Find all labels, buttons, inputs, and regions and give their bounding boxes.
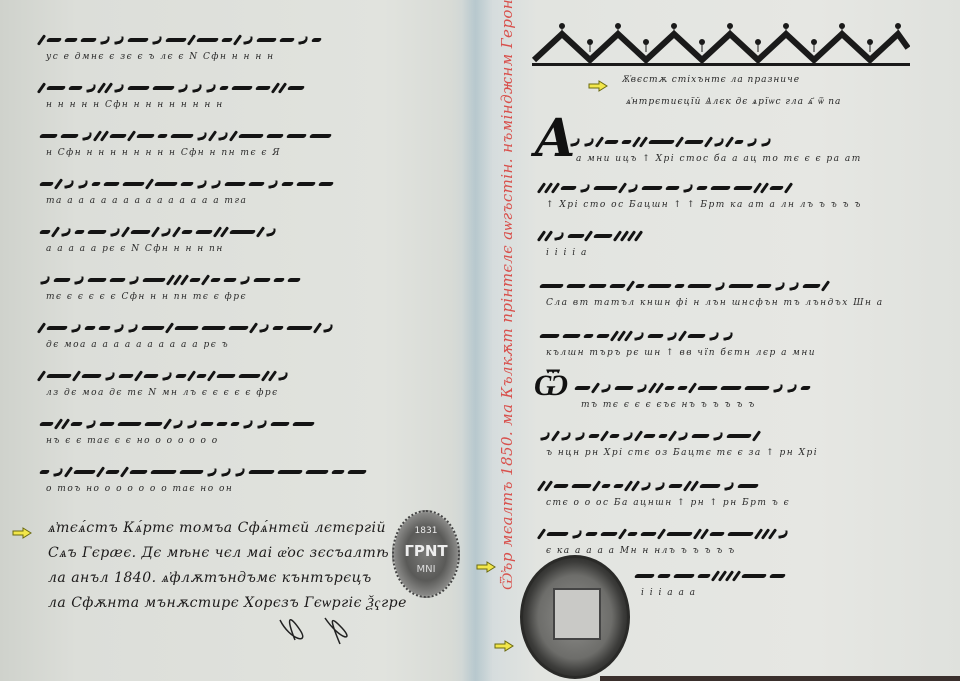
neume-glyph [675,136,684,148]
neume-glyph [228,326,249,330]
neume-glyph [172,226,181,238]
neume-glyph [145,178,154,190]
neume-glyph [85,84,96,93]
neume-glyph [566,284,586,288]
neume-glyph [154,182,178,186]
neume-glyph [72,370,81,382]
neume-glyph [242,36,253,45]
neume-glyph [220,468,231,477]
neume-glyph [309,134,332,138]
neume-glyph [103,182,120,186]
colophon-line-3: ла анъл 1840. ѧ҆флѫтъндъмє кънтърєцъ [48,570,372,587]
colophon-line-1: ѧ҆тєѧ́стъ Кѧ́ртє томъа Сфѧ́нтєй лєтєргій [48,520,386,537]
neume-glyph [658,434,668,438]
lyric-line: та а а а а а а а а а а а а а а тга [46,196,247,206]
neume-glyph [180,182,194,186]
neume-glyph [122,182,145,186]
neume-glyph [127,38,149,42]
neume-glyph [216,374,236,378]
neume-glyph [752,430,761,442]
neume-glyph [46,86,66,90]
lyric-line: а мни ицъ ↑ Хрі стос ба а ац то тє є є р… [576,154,862,164]
lyric-line: нъ є є тає є є но о о о о о о [46,436,219,446]
neume-glyph [37,322,46,334]
neume-glyph [591,382,600,394]
neume-row [540,226,640,246]
neume-glyph [287,86,305,90]
lyric-line: Сла вт татъл кншн фі н лън шнсфън тъ лън… [546,298,884,308]
neume-glyph [113,84,124,93]
neume-glyph [238,134,264,138]
neume-glyph [231,86,253,90]
neume-glyph [200,422,214,426]
neume-glyph [195,230,213,234]
neume-glyph [87,230,107,234]
neume-row [40,318,412,338]
neume-glyph [609,434,620,438]
neume-glyph [39,182,54,186]
neume-glyph [205,84,216,93]
neume-glyph [784,182,793,194]
neume-glyph [592,480,601,492]
neume-glyph [248,470,275,474]
neume-glyph [239,276,250,285]
neume-glyph [127,324,138,333]
neume-glyph [311,38,322,42]
neume-glyph [150,470,177,474]
neume-glyph [657,528,666,540]
neume-glyph [668,430,677,442]
neume-glyph [39,470,50,474]
neume-glyph [277,372,288,381]
neume-glyph [249,322,258,334]
seal-sub: MNI [394,564,458,575]
lyric-line: н н н н н Сфн н н н н н н н н [46,100,224,110]
neume-row [40,222,412,242]
neume-glyph [117,422,142,426]
neume-glyph [129,470,148,474]
neume-glyph [191,84,202,93]
neume-glyph [296,182,316,186]
neume-glyph [172,420,183,429]
neume-glyph [81,374,102,378]
neume-glyph [68,86,83,90]
neume-glyph [640,532,657,536]
neume-glyph [196,374,207,378]
neume-glyph [560,432,571,441]
neume-glyph [760,138,771,147]
lyric-line: дє моа а а а а а а а а а а рє ъ [46,340,229,350]
neume-glyph [562,334,581,338]
neume-glyph [635,284,645,288]
neume-glyph [52,468,63,477]
neume-row [40,174,412,194]
neume-glyph [777,530,788,539]
neume-glyph [109,228,120,237]
neume-glyph [256,226,265,238]
neume-glyph [63,180,74,189]
neume-glyph [666,532,693,536]
neume-glyph [37,34,46,46]
neume-glyph [720,386,742,390]
neume-glyph [643,434,656,438]
neume-glyph [91,182,101,186]
neume-glyph [105,470,120,474]
neume-glyph [682,184,693,193]
neume-glyph [723,482,734,491]
neume-glyph [769,186,784,190]
neume-glyph [684,140,704,144]
neume-glyph [709,532,725,536]
neume-glyph [39,422,54,426]
neume-glyph [265,228,276,237]
neume-glyph [233,34,242,46]
neume-glyph [647,284,672,288]
neume-glyph [234,468,245,477]
neume-glyph [788,282,799,291]
lyric-line: тъ тє є є є єъє нъ ъ ъ ъ ъ ъ [581,400,756,410]
neume-glyph [678,330,687,342]
neume-glyph [39,230,51,234]
neume-glyph [128,276,139,285]
neume-glyph [664,386,675,390]
neume-glyph [539,432,550,441]
neume-glyph [600,430,609,442]
neume-glyph [286,134,307,138]
neume-glyph [725,136,734,148]
neume-glyph [774,282,785,291]
lyric-line: ↑ Хрі сто ос Бацшн ↑ ↑ Брт ка ат а лн лъ… [546,200,862,210]
neume-glyph [186,420,197,429]
neume-glyph [53,278,71,282]
neume-glyph [657,574,671,578]
neume-row [40,366,412,386]
neume-glyph [668,484,683,488]
neume-glyph [618,182,627,194]
neume-glyph [579,184,590,193]
neume-glyph [187,370,196,382]
neume-glyph [81,132,92,141]
lyric-line: лз дє моа дє тє N мн лъ є є є є є фрє [46,388,279,398]
neume-glyph [585,532,598,536]
neume-row [40,270,412,290]
neume-glyph [37,82,46,94]
lyric-line: стє о о ос Ба ацншн ↑ рн ↑ рн Брт ъ є [546,498,790,508]
neume-glyph [181,230,193,234]
neume-glyph [633,332,644,341]
neume-row [540,276,875,296]
neume-glyph [600,384,611,393]
neume-glyph [614,386,634,390]
left-page: ус е дмнє є зє є ъ лє є N Сфн н н н нн н… [0,0,478,681]
neume-glyph [697,574,711,578]
neume-glyph [179,470,204,474]
neume-glyph [98,326,111,330]
neume-glyph [746,138,757,147]
neume-glyph [595,136,604,148]
seal-shield [553,588,601,640]
lyric-line: а а а а а рє є N Сфн н н н пн [46,244,224,254]
neume-glyph [322,324,333,333]
neume-row [570,132,900,152]
neume-glyph [99,36,110,45]
neume-row [40,414,412,434]
neume-glyph [713,138,724,147]
neume-glyph [712,432,723,441]
neume-glyph [70,422,83,426]
neume-glyph [136,134,155,138]
neume-glyph [596,334,610,338]
neume-glyph [281,182,294,186]
neume-glyph [210,278,221,282]
lyric-line: кълшн търъ рє шн ↑ вв чїп бєтн лєр а мни [546,348,816,358]
neume-glyph [688,382,697,394]
neume-glyph [267,180,278,189]
lyric-line: тє є є є є є Сфн н н пн тє є фрє [46,292,247,302]
lyric-line: ус е дмнє є зє є ъ лє є N Сфн н н н н [46,52,275,62]
neume-glyph [219,86,229,90]
neume-glyph [613,484,624,488]
neume-glyph [196,38,219,42]
neume-glyph [113,324,124,333]
neume-glyph [727,532,754,536]
neume-glyph [223,278,237,282]
neume-glyph [39,276,50,285]
heading-line-1: Ѫ҆вєстѫ стіхънтє ла празниче [622,74,800,85]
neume-row [635,566,815,586]
neume-glyph [99,422,115,426]
neume-glyph [151,226,160,238]
arrow-colophon-icon [12,527,32,539]
neume-glyph [569,138,580,147]
neume-glyph [696,186,708,190]
neume-glyph [627,532,638,536]
neume-glyph [196,132,207,141]
neume-glyph [566,234,584,238]
neume-glyph [277,470,303,474]
neume-glyph [39,134,58,138]
neume-glyph [318,182,334,186]
neume-glyph [208,130,217,142]
lyric-line: о тоъ но о о о о о о тає но он [46,484,233,494]
decorative-headpiece [532,20,910,65]
neume-glyph [54,178,63,190]
neume-row [40,126,412,146]
neume-glyph [120,466,129,478]
neume-glyph [118,374,134,378]
neume-glyph [744,386,770,390]
neume-glyph [224,182,246,186]
manuscript-spread: ус е дмнє є зє є ъ лє є N Сфн н н н нн н… [0,0,960,681]
neume-glyph [151,36,162,45]
neume-glyph [626,280,635,292]
neume-glyph [710,186,731,190]
neume-glyph [641,186,663,190]
arrow-heading-icon [588,80,608,92]
neume-glyph [201,274,210,286]
neume-glyph [574,432,585,441]
neume-glyph [134,370,143,382]
neume-glyph [292,422,315,426]
neume-glyph [593,186,618,190]
neume-glyph [255,86,271,90]
neume-glyph [196,180,207,189]
neume-glyph [104,372,115,381]
neume-glyph [46,38,62,42]
neume-glyph [51,226,60,238]
neume-glyph [256,38,277,42]
neume-glyph [697,386,718,390]
neume-glyph [691,434,710,438]
neume-glyph [571,484,592,488]
monastery-seal-large [520,555,630,679]
signature-flourish [270,610,360,650]
neume-glyph [37,370,46,382]
red-margin-note: Ѿ҆ър мєалтъ 1850. ма Кълкѫт прінтєлє аѡг… [498,0,517,590]
neume-glyph [217,132,228,141]
neume-glyph [46,326,68,330]
neume-glyph [175,374,187,378]
neume-glyph [593,234,614,238]
neume-row [40,462,412,482]
neume-glyph [604,140,619,144]
neume-glyph [654,482,665,491]
neume-glyph [673,574,695,578]
monastery-seal-small: 1831 ГРNТ MNI [392,510,460,598]
neume-glyph [165,38,187,42]
neume-glyph [726,434,752,438]
neume-glyph [734,140,744,144]
neume-glyph [60,134,79,138]
neume-glyph [287,278,301,282]
neume-glyph [221,38,233,42]
neume-glyph [802,284,821,288]
neume-glyph [144,422,163,426]
neume-row [540,524,900,544]
neume-glyph [551,430,560,442]
neume-glyph [640,482,651,491]
neume-glyph [273,278,285,282]
neume-glyph [70,324,81,333]
neume-glyph [609,284,626,288]
lyric-line: н Сфн н н н н н н н н Сфн н пн тє є Я [46,148,281,158]
neume-glyph [242,420,253,429]
neume-glyph [588,434,600,438]
neume-glyph [560,186,577,190]
neume-glyph [253,278,271,282]
neume-glyph [201,326,226,330]
neume-glyph [286,326,313,330]
neume-glyph [64,466,73,478]
neume-glyph [677,432,688,441]
lyric-line: ъ нцн рн Хрі стє оз Бацтє тє є за ↑ рн Х… [546,448,818,458]
neume-row [540,326,830,346]
neume-glyph [714,282,725,291]
neume-glyph [141,326,165,330]
neume-glyph [539,334,560,338]
neume-glyph [87,278,107,282]
neume-row [540,178,900,198]
neume-glyph [647,334,664,338]
neume-glyph [127,86,150,90]
neume-row [540,476,895,496]
neume-glyph [583,138,594,147]
neume-glyph [113,36,124,45]
colophon-line-2: Сѧъ Гєрӕє. Дє мѣнє чєл маі ӕ҆ос зєсъалтѣ [48,545,389,562]
neume-row [40,78,412,98]
neume-glyph [230,422,240,426]
neume-glyph [73,470,96,474]
neume-glyph [305,470,329,474]
neume-glyph [73,276,84,285]
neume-glyph [666,332,677,341]
neume-glyph [546,532,569,536]
seal-year: 1831 [394,526,458,536]
neume-glyph [130,230,151,234]
neume-glyph [733,186,753,190]
neume-glyph [189,278,201,282]
neume-glyph [687,334,706,338]
neume-row [40,30,412,50]
neume-glyph [588,284,607,288]
neume-glyph [279,38,295,42]
neume-glyph [160,228,171,237]
neume-glyph [584,230,593,241]
neume-glyph [674,284,685,288]
heading-line-2: ѧ҆нтрєтиєцїй Ѧлєк дє ѧрїѡс гла ѧ҃ ѿ па [626,96,841,107]
neume-row [540,426,895,446]
arrow-red-note-icon [476,561,496,573]
neume-glyph [728,284,754,288]
neume-glyph [583,334,594,338]
neume-glyph [677,386,688,390]
neume-glyph [704,136,713,148]
neume-glyph [571,530,582,539]
neume-glyph [170,134,194,138]
neume-glyph [699,484,721,488]
neume-glyph [331,470,345,474]
neume-glyph [229,230,256,234]
neume-glyph [206,468,217,477]
neume-glyph [248,182,265,186]
neume-glyph [708,332,719,341]
neume-glyph [46,374,72,378]
neume-glyph [756,284,772,288]
neume-glyph [634,574,655,578]
neume-glyph [96,466,105,478]
neume-glyph [622,432,633,441]
neume-glyph [207,370,216,382]
neume-glyph [161,372,172,381]
neume-glyph [574,386,591,390]
neume-glyph [636,384,647,393]
neume-glyph [687,284,712,288]
neume-glyph [157,134,168,138]
neume-glyph [121,226,130,238]
neume-glyph [163,418,172,430]
neume-glyph [187,34,196,46]
seal-initials: ГРNТ [394,542,458,560]
neume-glyph [601,484,611,488]
neume-glyph [80,38,97,42]
neume-glyph [741,574,767,578]
neume-glyph [769,574,786,578]
neume-glyph [665,186,680,190]
neume-glyph [270,422,290,426]
neume-glyph [74,230,85,234]
neume-glyph [553,232,564,241]
neume-glyph [553,484,569,488]
